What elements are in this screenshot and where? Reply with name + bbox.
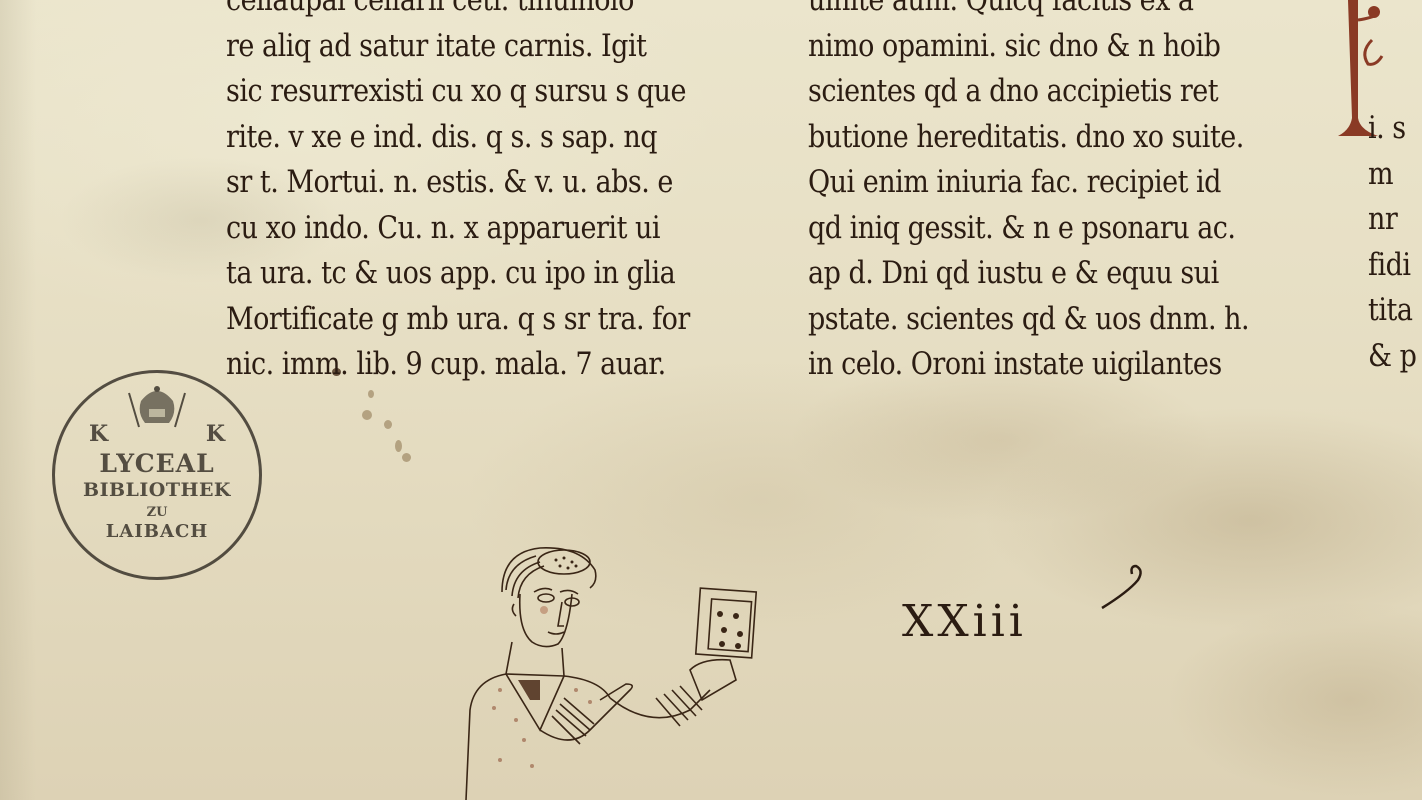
text-line: re aliq ad satur itate carnis. Igit <box>226 20 756 72</box>
text-line: fidi <box>1368 239 1422 291</box>
text-line: Qui enim iniuria fac. recipiet id <box>808 157 1303 209</box>
text-column-middle: uinite aum. Quicq facitis ex a nimo opam… <box>808 0 1303 388</box>
text-line: Mortificate g mb ura. q s sr tra. for <box>226 293 756 345</box>
stamp-line-bibliothek: BIBLIOTHEK <box>55 479 259 501</box>
text-line: butione hereditatis. dno xo suite. <box>808 111 1303 163</box>
eagle-crown-icon <box>121 383 193 431</box>
library-stamp: K K LYCEAL BIBLIOTHEK ZU LAIBACH <box>52 370 262 580</box>
marginal-figure-illustration <box>440 530 770 800</box>
text-line: rite. v xe e ind. dis. q s. s sap. nq <box>226 111 756 163</box>
stamp-k-right: K <box>206 421 225 447</box>
text-column-left: cellaupal cellarii ceti. tinuiholo re al… <box>226 0 756 388</box>
text-line: pstate. scientes qd & uos dnm. h. <box>808 293 1303 345</box>
stamp-line-lyceal: LYCEAL <box>55 449 259 478</box>
water-stain <box>402 453 411 462</box>
water-stain <box>395 440 402 452</box>
text-line: sic resurrexisti cu xo q sursu s que <box>226 66 756 118</box>
text-line: nic. imm. lib. 9 cup. mala. 7 auar. <box>226 339 756 391</box>
text-line: ta ura. tc & uos app. cu ipo in glia <box>226 248 756 300</box>
quire-signature: XXiii <box>902 596 1027 647</box>
text-line: nimo opamini. sic dno & n hoib <box>808 20 1303 72</box>
text-line: i. s <box>1368 106 1422 155</box>
text-line: tita <box>1368 285 1422 337</box>
binding-fold-shadow <box>0 0 36 800</box>
text-line: m <box>1368 148 1422 200</box>
text-line: in celo. Oroni instate uigilantes <box>808 339 1303 391</box>
text-line: ap d. Dni qd iustu e & equu sui <box>808 248 1303 300</box>
flourish-icon <box>1098 562 1148 612</box>
text-line: scientes qd a dno accipietis ret <box>808 66 1303 118</box>
water-stain <box>384 420 392 429</box>
water-stain <box>362 410 372 420</box>
stamp-line-zu: ZU <box>55 505 259 520</box>
stamp-k-left: K <box>89 421 108 447</box>
water-stain <box>368 390 374 398</box>
text-line: sr t. Mortui. n. estis. & v. u. abs. e <box>226 157 756 209</box>
text-column-right-partial: i. s m nr fidi tita & p <box>1368 106 1422 379</box>
text-line: nr <box>1368 194 1422 246</box>
text-line: & p <box>1368 330 1422 379</box>
stamp-line-laibach: LAIBACH <box>55 521 259 542</box>
text-line: cu xo indo. Cu. n. x apparuerit ui <box>226 202 756 254</box>
text-line: qd iniq gessit. & n e psonaru ac. <box>808 202 1303 254</box>
